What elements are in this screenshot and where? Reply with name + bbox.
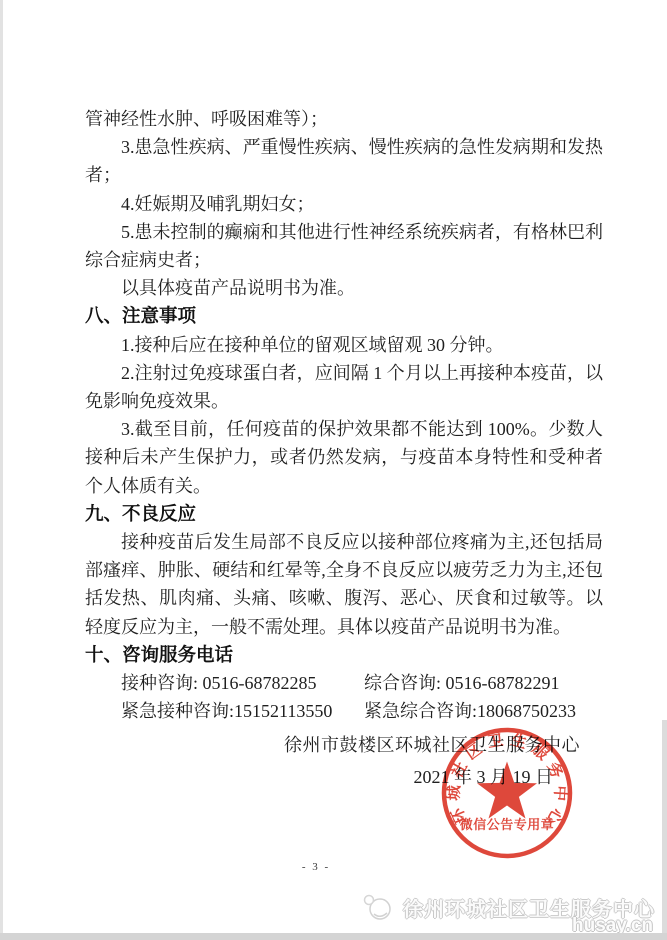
page-number: - 3 - [302, 861, 330, 873]
paragraph-item-5: 5.患未控制的癫痫和其他进行性神经系统疾病者，有格林巴利综合症病史者； [85, 218, 603, 274]
section-heading-precautions: 八、注意事项 [85, 302, 603, 330]
contact-emergency-vaccination-phone: 紧急接种咨询:15152113550 [121, 697, 364, 725]
watermark-logo-icon [360, 892, 396, 922]
official-seal-stamp: 环城社区卫生服务中心 微信公告专用章 [437, 723, 577, 863]
document-page: 管神经性水肿、呼吸困难等）； 3.患急性疾病、严重慢性疾病、慢性疾病的急性发病期… [0, 0, 667, 940]
site-watermark: 徐州环城社区卫生服务中心 husay.cn [360, 892, 655, 937]
document-body: 管神经性水肿、呼吸困难等）； 3.患急性疾病、严重慢性疾病、慢性疾病的急性发病期… [85, 105, 603, 792]
contact-emergency-general-phone: 紧急综合咨询:18068750233 [364, 697, 576, 725]
paragraph: 1.接种后应在接种单位的留观区域留观 30 分钟。 [85, 331, 603, 359]
paragraph-note: 以具体疫苗产品说明书为准。 [85, 274, 603, 302]
contact-row: 接种咨询: 0516-68782285 综合咨询: 0516-68782291 [85, 669, 603, 697]
seal-bottom-text: 微信公告专用章 [460, 817, 555, 832]
paragraph: 2.注射过免疫球蛋白者，应间隔 1 个月以上再接种本疫苗，以免影响免疫效果。 [85, 359, 603, 415]
page-bottom-edge [0, 933, 667, 940]
page-left-edge [0, 0, 3, 940]
paragraph: 接种疫苗后发生局部不良反应以接种部位疼痛为主,还包括局部瘙痒、肿胀、硬结和红晕等… [85, 528, 603, 641]
paragraph-continuation: 管神经性水肿、呼吸困难等）； [85, 105, 603, 133]
contact-row: 紧急接种咨询:15152113550 紧急综合咨询:18068750233 [85, 697, 603, 725]
contact-general-phone: 综合咨询: 0516-68782291 [364, 669, 560, 697]
section-heading-adverse-reactions: 九、不良反应 [85, 500, 603, 528]
paragraph-item-3: 3.患急性疾病、严重慢性疾病、慢性疾病的急性发病期和发热者； [85, 133, 603, 189]
paragraph: 3.截至目前，任何疫苗的保护效果都不能达到 100%。少数人接种后未产生保护力，… [85, 415, 603, 500]
contact-vaccination-phone: 接种咨询: 0516-68782285 [121, 669, 364, 697]
section-heading-phone: 十、咨询服务电话 [85, 641, 603, 669]
page-right-edge [662, 720, 667, 940]
paragraph-item-4: 4.妊娠期及哺乳期妇女； [85, 190, 603, 218]
seal-star-icon [477, 762, 537, 819]
